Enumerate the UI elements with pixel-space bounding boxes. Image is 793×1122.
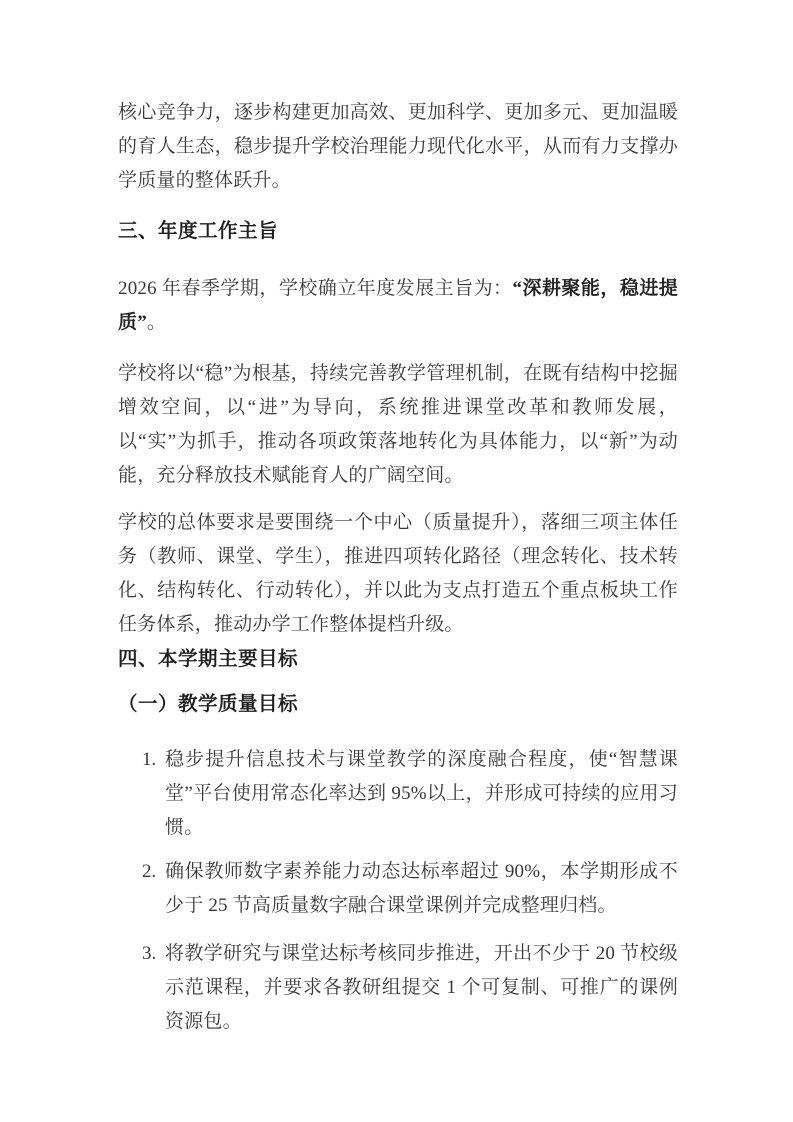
goal-item: 1. 稳步提升信息技术与课堂教学的深度融合程度，使“智慧课堂”平台使用常态化率达… [142, 743, 678, 845]
goal-text: 确保教师数字素养能力动态达标率超过 90%，本学期形成不少于 25 节高质量数字… [165, 855, 678, 923]
intro-paragraph: 核心竞争力，逐步构建更加高效、更加科学、更加多元、更加温暖的育人生态，稳步提升学… [118, 96, 678, 198]
goal-number: 1. [142, 743, 165, 777]
goal-text: 将教学研究与课堂达标考核同步推进，开出不少于 20 节校级示范课程，并要求各教研… [165, 937, 678, 1039]
goal-number: 2. [142, 855, 165, 889]
principles-paragraph: 学校将以“稳”为根基，持续完善教学管理机制，在既有结构中挖掘增效空间，以“进”为… [118, 357, 678, 493]
document-content: 核心竞争力，逐步构建更加高效、更加科学、更加多元、更加温暖的育人生态，稳步提升学… [0, 0, 793, 1039]
section3-heading: 三、年度工作主旨 [118, 215, 678, 249]
goal-item: 3. 将教学研究与课堂达标考核同步推进，开出不少于 20 节校级示范课程，并要求… [142, 937, 678, 1039]
goal-number: 3. [142, 937, 165, 971]
goal-item: 2. 确保教师数字素养能力动态达标率超过 90%，本学期形成不少于 25 节高质… [142, 855, 678, 923]
theme-paragraph-pre: 2026 年春季学期，学校确立年度发展主旨为： [118, 278, 513, 299]
theme-paragraph: 2026 年春季学期，学校确立年度发展主旨为：“深耕聚能，稳进提质”。 [118, 272, 678, 340]
goals-list: 1. 稳步提升信息技术与课堂教学的深度融合程度，使“智慧课堂”平台使用常态化率达… [142, 743, 678, 1039]
overall-requirements-paragraph: 学校的总体要求是要围绕一个中心（质量提升），落细三项主体任务（教师、课堂、学生）… [118, 506, 678, 642]
section4-heading: 四、本学期主要目标 [118, 643, 678, 677]
document-page: 核心竞争力，逐步构建更加高效、更加科学、更加多元、更加温暖的育人生态，稳步提升学… [0, 0, 793, 1122]
theme-paragraph-post: 。 [147, 312, 166, 333]
goal-text: 稳步提升信息技术与课堂教学的深度融合程度，使“智慧课堂”平台使用常态化率达到 9… [165, 743, 678, 845]
subsection1-heading: （一）教学质量目标 [118, 688, 678, 722]
